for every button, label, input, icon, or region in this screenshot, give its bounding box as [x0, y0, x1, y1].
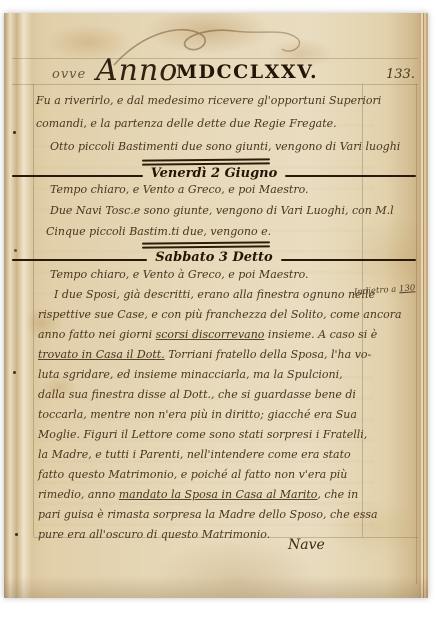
manuscript-line: Otto piccoli Bastimenti due sono giunti,…	[36, 135, 372, 158]
manuscript-line: dalla sua finestra disse al Dott., che s…	[38, 385, 372, 405]
manuscript-line: rimedio, anno mandato la Sposa in Casa a…	[38, 485, 372, 505]
page-number: 133.	[386, 67, 415, 82]
manuscript-line: rispettive sue Case, e con più franchezz…	[38, 305, 372, 325]
manuscript-scan: ovve Anno MDCCLXXV. 133. Fu a riverirlo,…	[0, 0, 438, 620]
ruled-line-right-margin	[416, 84, 417, 584]
binding-stitches	[13, 131, 16, 134]
manuscript-line: pari guisa è rimasta sorpresa la Madre d…	[38, 505, 372, 525]
entry-2-paragraph: Tempo chiaro, e Vento à Greco, e poi Mae…	[38, 265, 372, 545]
manuscript-line: Fu a riverirlo, e dal medesimo ricevere …	[36, 89, 372, 112]
header-year-roman: MDCCLXXV.	[176, 61, 318, 83]
manuscript-line: Tempo chiaro, e Vento a Greco, e poi Mae…	[38, 179, 372, 200]
manuscript-line: luta sgridare, ed insieme minacciarla, m…	[38, 365, 372, 385]
heading-rule-left	[12, 175, 143, 177]
heading-rule-right	[285, 175, 416, 177]
entry-1-paragraph: Tempo chiaro, e Vento a Greco, e poi Mae…	[38, 179, 372, 242]
bottom-page-shadow	[4, 576, 428, 598]
binding-gutter	[4, 13, 32, 598]
ruled-line-left-margin	[33, 84, 34, 537]
header-anno-label: Anno	[96, 53, 178, 88]
manuscript-line: trovato in Casa il Dott. Torriani fratel…	[38, 345, 372, 365]
entry-date-heading: Sabbato 3 Detto	[147, 250, 280, 265]
heading-rule-right	[281, 259, 416, 261]
pen-trial-scribble: ovve	[52, 67, 86, 82]
manuscript-page: ovve Anno MDCCLXXV. 133. Fu a riverirlo,…	[4, 13, 428, 598]
intro-paragraph: Fu a riverirlo, e dal medesimo ricevere …	[36, 89, 372, 158]
manuscript-line: toccarla, mentre non n'era più in diritt…	[38, 405, 372, 425]
manuscript-line: Cinque piccoli Bastim.ti due, vengono e.	[38, 221, 372, 242]
manuscript-line: anno fatto nei giorni scorsi discorrevan…	[38, 325, 372, 345]
manuscript-line: Moglie. Figuri il Lettore come sono stat…	[38, 425, 372, 445]
manuscript-line: fatto questo Matrimonio, e poiché al fat…	[38, 465, 372, 485]
book-page-edges	[419, 13, 428, 598]
manuscript-line: Due Navi Tosc.e sono giunte, vengono di …	[38, 200, 372, 221]
manuscript-line: I due Sposi, già descritti, erano alla f…	[38, 285, 372, 305]
manuscript-line: la Madre, e tutti i Parenti, nell'intend…	[38, 445, 372, 465]
manuscript-line: Tempo chiaro, e Vento à Greco, e poi Mae…	[38, 265, 372, 285]
manuscript-line: comandi, e la partenza delle dette due R…	[36, 112, 372, 135]
catchword: Nave	[288, 537, 325, 553]
heading-rule-left	[12, 259, 147, 261]
page-header: ovve Anno MDCCLXXV. 133.	[34, 53, 414, 89]
